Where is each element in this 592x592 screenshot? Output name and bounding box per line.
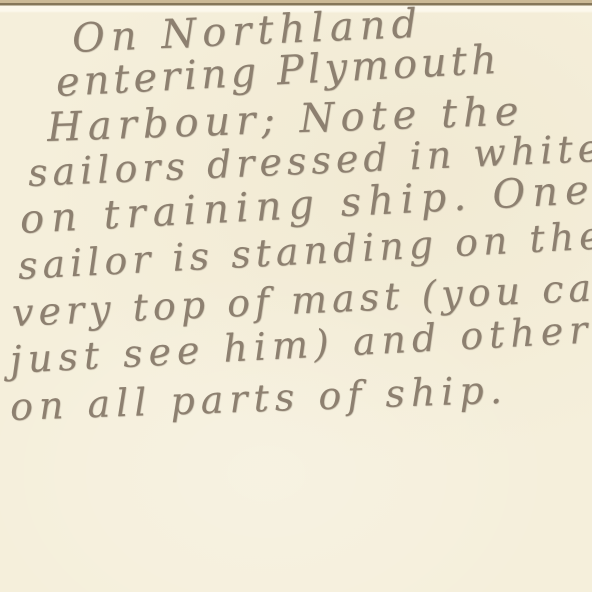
handwritten-note: On Northland entering Plymouth Harbour; … xyxy=(0,0,592,592)
scanned-note-card: On Northland entering Plymouth Harbour; … xyxy=(0,0,592,592)
